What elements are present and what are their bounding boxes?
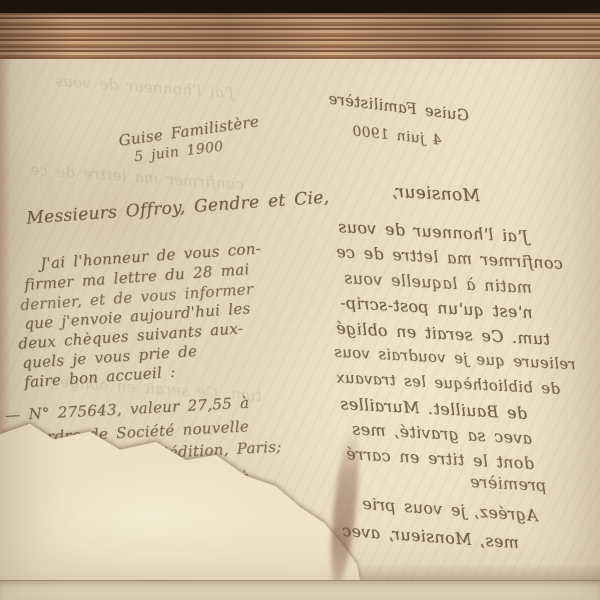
- copybook-photo: J'ai l'honneur de vous confirmer ma lett…: [0, 0, 600, 600]
- mirrored-line: première: [470, 472, 548, 495]
- page-left-edge: [0, 59, 10, 580]
- page-fold-bottom-sheet: [0, 580, 600, 600]
- page-edge-stack: [0, 13, 600, 62]
